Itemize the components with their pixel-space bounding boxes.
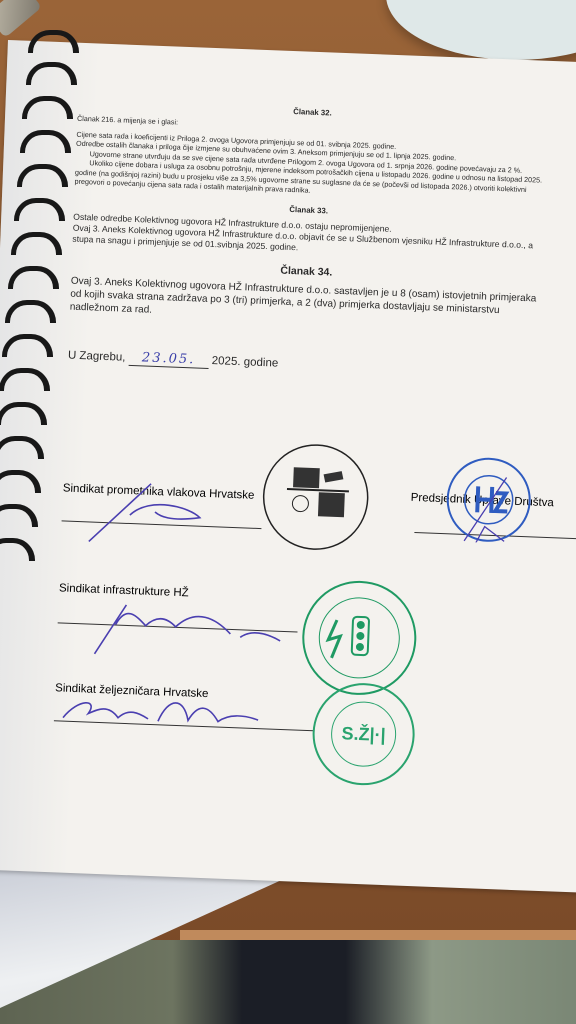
place-prefix: U Zagrebu, [68, 349, 126, 363]
handwritten-signature [79, 473, 232, 549]
handwritten-signature [64, 583, 287, 671]
svg-text:S.Ž|·|: S.Ž|·| [341, 722, 386, 745]
spiral-binding [0, 20, 70, 580]
year-suffix: 2025. godine [212, 355, 279, 370]
handwritten-date: 23.05. [128, 349, 209, 368]
stamp-hz-infrastruktura [444, 455, 533, 544]
stamp-hz-graphic [444, 455, 533, 544]
stamp-spvh [259, 440, 373, 554]
stamp-spvh-graphic [259, 440, 373, 554]
stamp-szh: S.Ž|·| [310, 680, 418, 788]
handwritten-signature [58, 687, 279, 735]
document-content: Članak 32. Članak 216. a mijenja se i gl… [68, 95, 548, 381]
stamp-szh-graphic: S.Ž|·| [310, 680, 418, 788]
document-page: Članak 32. Članak 216. a mijenja se i gl… [0, 40, 576, 893]
